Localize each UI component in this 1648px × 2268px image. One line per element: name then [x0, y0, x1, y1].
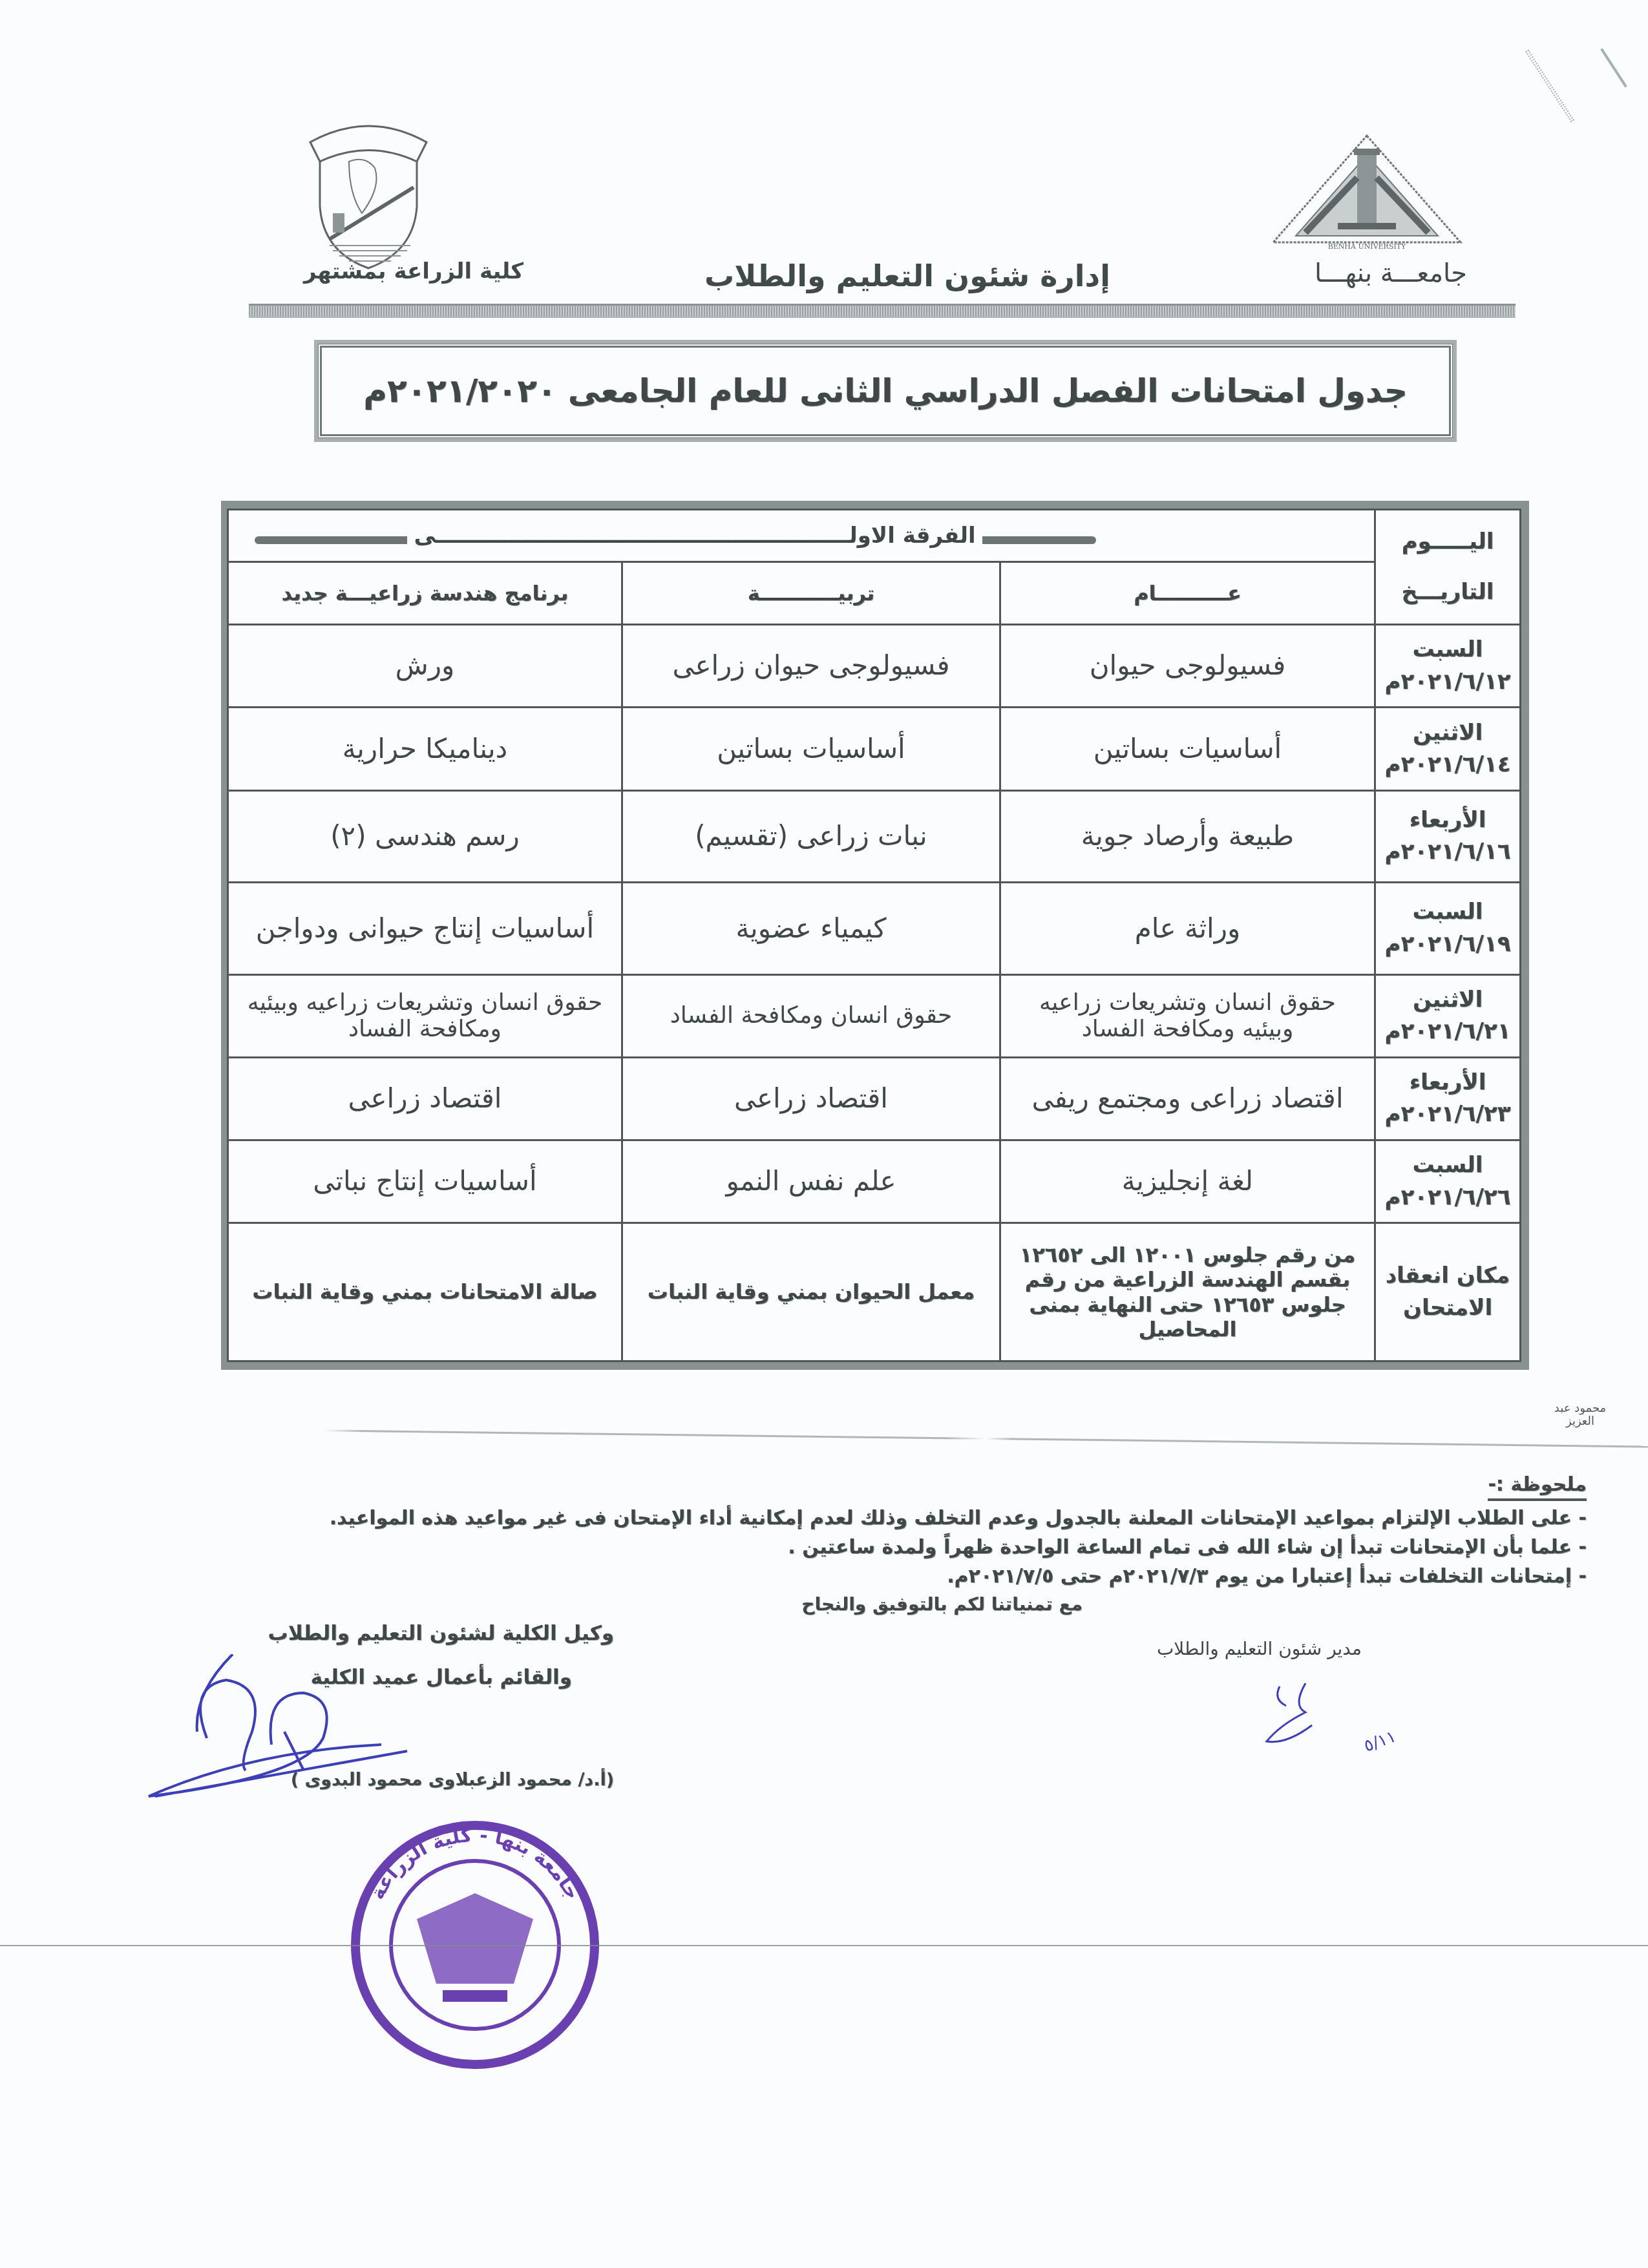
note-item: علما بأن الإمتحانات تبدأ إن شاء الله فى …	[294, 1533, 1587, 1562]
subject-cell: حقوق انسان ومكافحة الفساد	[622, 974, 1000, 1057]
notes-section: ملحوظة :- على الطلاب الإلتزام بمواعيد ال…	[294, 1473, 1587, 1618]
day-date-cell: الاثنين ٢٠٢١/٦/٢١م	[1375, 974, 1521, 1057]
table-row: السبت ٢٠٢١/٦/٢٦م لغة إنجليزية علم نفس ال…	[227, 1140, 1520, 1223]
day-date-cell: الأربعاء ٢٠٢١/٦/٢٣م	[1375, 1057, 1521, 1140]
exam-location-label: مكان انعقاد الامتحان	[1375, 1223, 1521, 1361]
faculty-name: كلية الزراعة بمشتهر	[304, 258, 523, 284]
exam-date: ٢٠٢١/٦/١٢م	[1376, 666, 1519, 698]
notes-title: ملحوظة :-	[1488, 1473, 1587, 1501]
exam-date: ٢٠٢١/٦/١٦م	[1376, 836, 1519, 868]
vice-dean-signature-icon	[136, 1654, 472, 1803]
subject-cell: اقتصاد زراعى	[227, 1057, 622, 1140]
exam-location-cell: معمل الحيوان بمني وقاية النبات	[622, 1223, 1000, 1361]
table-row: السبت ٢٠٢١/٦/١٩م وراثة عام كيمياء عضوية …	[227, 883, 1520, 974]
day-date-cell: الاثنين ٢٠٢١/٦/١٤م	[1375, 708, 1521, 790]
day-name: الأربعاء	[1376, 1067, 1519, 1098]
subject-cell: فسيولوجى حيوان	[1000, 625, 1375, 708]
day-date-cell: الأربعاء ٢٠٢١/٦/١٦م	[1375, 790, 1521, 882]
footer-rule	[0, 1945, 1648, 1946]
subject-cell: أساسيات بساتين	[622, 708, 1000, 790]
subject-cell: اقتصاد زراعى ومجتمع ريفى	[1000, 1057, 1375, 1140]
day-name: الاثنين	[1376, 984, 1519, 1016]
note-item: إمتحانات التخلفات تبدأ إعتبارا من يوم ٢٠…	[294, 1562, 1587, 1591]
svg-text:BENHA UNIVERSITY: BENHA UNIVERSITY	[1328, 242, 1406, 251]
subject-cell: علم نفس النمو	[622, 1140, 1000, 1223]
subject-cell: ورش	[227, 625, 622, 708]
day-date-cell: السبت ٢٠٢١/٦/١٩م	[1375, 883, 1521, 974]
table-row: السبت ٢٠٢١/٦/١٢م فسيولوجى حيوان فسيولوجى…	[227, 625, 1520, 708]
header-program-engineering: برنامج هندسة زراعيـــة جديد	[227, 562, 622, 625]
university-logo-icon: BENHA UNIVERSITY	[1267, 129, 1467, 252]
exam-date: ٢٠٢١/٦/١٤م	[1376, 749, 1519, 781]
day-date-cell: السبت ٢٠٢١/٦/١٢م	[1375, 625, 1521, 708]
subject-cell: طبيعة وأرصاد جوية	[1000, 790, 1375, 882]
letterhead-divider	[249, 304, 1516, 318]
day-name: السبت	[1376, 634, 1519, 666]
exam-date: ٢٠٢١/٦/١٩م	[1376, 929, 1519, 960]
exam-location-row: مكان انعقاد الامتحان من رقم جلوس ١٢٠٠١ ا…	[227, 1223, 1520, 1361]
header-day-date: اليـــــوم التاريـــخ	[1375, 510, 1521, 625]
exam-date: ٢٠٢١/٦/٢٣م	[1376, 1098, 1519, 1130]
header-day-label: اليـــــوم	[1376, 526, 1519, 558]
table-row: الأربعاء ٢٠٢١/٦/٢٣م اقتصاد زراعى ومجتمع …	[227, 1057, 1520, 1140]
subject-cell: كيمياء عضوية	[622, 883, 1000, 974]
subject-cell: أساسيات إنتاج حيوانى ودواجن	[227, 883, 622, 974]
scan-artifact	[1600, 48, 1627, 88]
subject-cell: نبات زراعى (تقسيم)	[622, 790, 1000, 882]
exam-schedule-table: اليـــــوم التاريـــخ الفرقة الاولــــــ…	[221, 501, 1529, 1370]
day-name: الأربعاء	[1376, 804, 1519, 836]
header-date-label: التاريـــخ	[1376, 576, 1519, 608]
subject-cell: حقوق انسان وتشريعات زراعيه وبيئيه ومكافح…	[227, 974, 622, 1057]
subject-cell: رسم هندسى (٢)	[227, 790, 622, 882]
title-box: جدول امتحانات الفصل الدراسي الثانى للعام…	[317, 342, 1454, 439]
handwritten-line	[323, 1429, 1648, 1447]
subject-cell: وراثة عام	[1000, 883, 1375, 974]
director-signature-block: مدير شئون التعليم والطلاب	[1157, 1638, 1362, 1659]
director-title: مدير شئون التعليم والطلاب	[1157, 1638, 1362, 1659]
university-name: جامعـــة بنهـــا	[1315, 258, 1467, 288]
vice-dean-title: وكيل الكلية لشئون التعليم والطلاب	[252, 1622, 614, 1645]
exam-date: ٢٠٢١/٦/٢٦م	[1376, 1182, 1519, 1213]
subject-cell: ديناميكا حرارية	[227, 708, 622, 790]
subject-cell: اقتصاد زراعى	[622, 1057, 1000, 1140]
table-row: الأربعاء ٢٠٢١/٦/١٦م طبيعة وأرصاد جوية نب…	[227, 790, 1520, 882]
header-year: الفرقة الاولــــــــــــــــــــــــــــ…	[227, 510, 1375, 562]
initials-stamp: محمود عبد العزيز	[1548, 1402, 1612, 1438]
faculty-logo	[304, 116, 433, 271]
day-date-cell: السبت ٢٠٢١/٦/٢٦م	[1375, 1140, 1521, 1223]
scan-artifact	[1525, 50, 1574, 122]
header-program-general: عــــــــــام	[1000, 562, 1375, 625]
faculty-logo-icon	[304, 116, 433, 271]
exam-location-cell: صالة الامتحانات بمني وقاية النبات	[227, 1223, 622, 1361]
subject-cell: فسيولوجى حيوان زراعى	[622, 625, 1000, 708]
director-signature-icon	[1254, 1680, 1344, 1764]
exam-location-cell: من رقم جلوس ١٢٠٠١ الى ١٢٦٥٢ بقسم الهندسة…	[1000, 1223, 1375, 1361]
subject-cell: لغة إنجليزية	[1000, 1140, 1375, 1223]
page-title: جدول امتحانات الفصل الدراسي الثانى للعام…	[363, 372, 1407, 410]
subject-cell: أساسيات بساتين	[1000, 708, 1375, 790]
header-year-label: الفرقة الاولــــــــــــــــــــــــــــ…	[407, 523, 982, 549]
table-row: الاثنين ٢٠٢١/٦/٢١م حقوق انسان وتشريعات ز…	[227, 974, 1520, 1057]
day-name: الاثنين	[1376, 717, 1519, 749]
svg-text:جامعة بنها - كلية الزراعة: جامعة بنها - كلية الزراعة	[366, 1824, 584, 1904]
subject-cell: حقوق انسان وتشريعات زراعيه وبيئيه ومكافح…	[1000, 974, 1375, 1057]
university-logo: BENHA UNIVERSITY	[1267, 129, 1467, 252]
table-row: الاثنين ٢٠٢١/٦/١٤م أساسيات بساتين أساسيا…	[227, 708, 1520, 790]
department-name: إدارة شئون التعليم والطلاب	[704, 258, 1110, 293]
subject-cell: أساسيات إنتاج نباتى	[227, 1140, 622, 1223]
day-name: السبت	[1376, 896, 1519, 928]
day-name: السبت	[1376, 1150, 1519, 1181]
note-item: على الطلاب الإلتزام بمواعيد الإمتحانات ا…	[294, 1504, 1587, 1533]
closing-wish: مع تمنياتنا لكم بالتوفيق والنجاح	[294, 1591, 1083, 1618]
header-program-education: تربيـــــــــــة	[622, 562, 1000, 625]
director-handwritten-date: ٥/١١	[1361, 1727, 1399, 1756]
exam-date: ٢٠٢١/٦/٢١م	[1376, 1016, 1519, 1047]
